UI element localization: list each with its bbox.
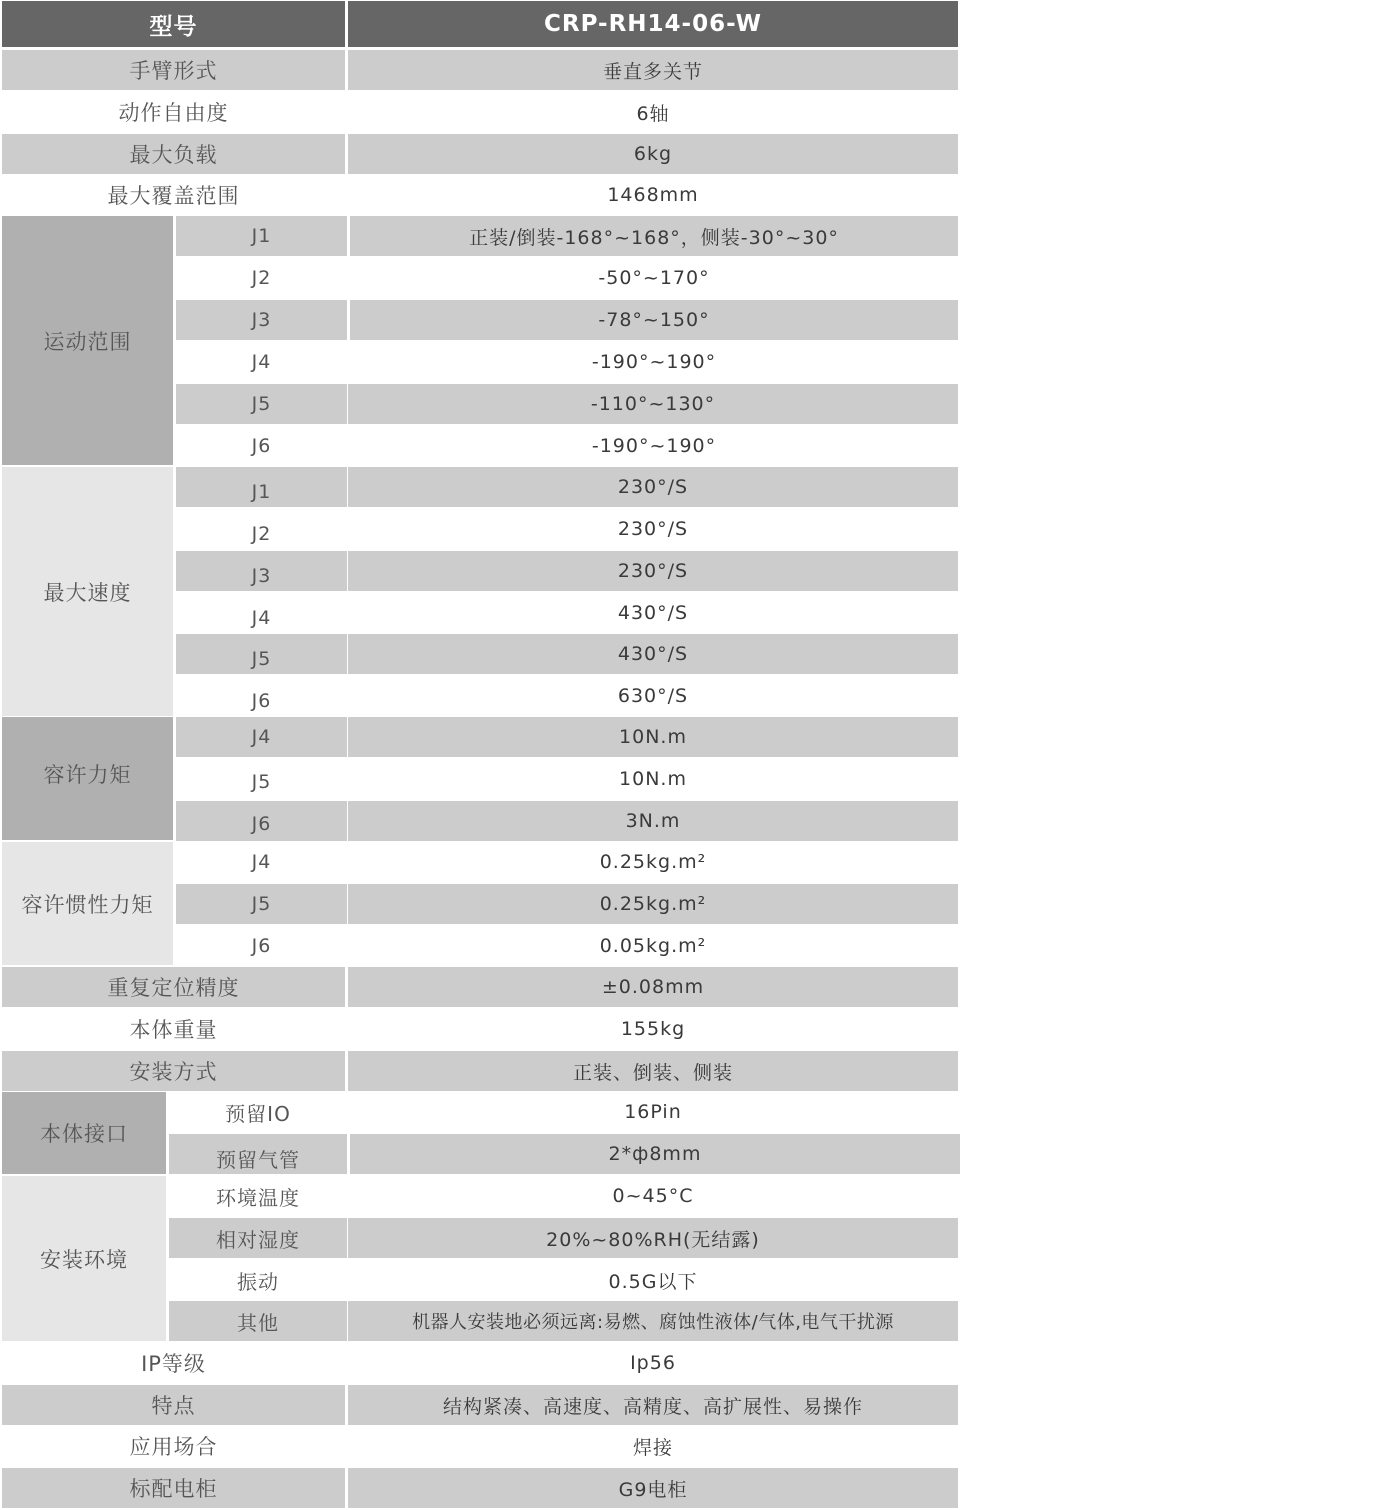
joint-value: -190°~190° [350,426,958,466]
row-value-reach: 1468mm [348,175,958,215]
env-value: 0~45°C [348,1176,958,1216]
env-name: 其他 [169,1301,347,1341]
row-value-weight: 155kg [348,1009,958,1049]
row-label-controller: 标配电柜 [2,1468,345,1508]
header-label: 型号 [2,1,345,47]
row-value-dof: 6轴 [348,92,958,132]
joint-value: 0.25kg.m² [348,842,958,882]
row-value-ip-rating: Ip56 [348,1343,958,1383]
env-value: 机器人安装地必须远离:易燃、腐蚀性液体/气体,电气干扰源 [348,1301,958,1341]
joint-value: -50°~170° [350,258,958,298]
joint-label: J5 [176,884,347,924]
interface-name: 预留IO [169,1092,347,1132]
joint-value: 正装/倒装-168°~168°，侧装-30°~30° [350,216,958,256]
row-label-application: 应用场合 [2,1426,345,1466]
joint-value: -78°~150° [350,300,958,340]
row-label-ip-rating: IP等级 [2,1343,345,1383]
joint-label: J5 [176,759,347,799]
joint-value: 0.05kg.m² [348,926,958,966]
joint-label: J5 [176,384,347,424]
group-label-install-env: 安装环境 [2,1176,166,1341]
interface-value: 16Pin [348,1092,958,1132]
row-value-arm-type: 垂直多关节 [348,50,958,90]
env-name: 环境温度 [169,1176,347,1216]
joint-value: -190°~190° [350,342,958,382]
env-value: 0.5G以下 [348,1260,958,1300]
joint-value: 10N.m [348,759,958,799]
row-value-application: 焊接 [348,1426,958,1466]
joint-label: J4 [176,342,347,382]
joint-value: 230°/S [348,509,958,549]
header-model-value: CRP-RH14-06-W [348,1,958,47]
row-label-arm-type: 手臂形式 [2,50,345,90]
env-name: 相对湿度 [169,1218,347,1258]
joint-label: J3 [176,300,347,340]
joint-value: 230°/S [348,467,958,507]
joint-value: -110°~130° [348,384,958,424]
row-label-mounting: 安装方式 [2,1051,345,1091]
interface-name: 预留气管 [169,1134,347,1174]
joint-value: 430°/S [348,634,958,674]
row-value-features: 结构紧凑、高速度、高精度、高扩展性、易操作 [348,1385,958,1425]
joint-value: 430°/S [348,593,958,633]
group-label-allowed-inertia: 容许惯性力矩 [2,842,173,965]
joint-value: 3N.m [348,801,958,841]
env-value: 20%~80%RH(无结露) [348,1218,958,1258]
joint-label: J6 [176,801,347,841]
joint-label: J4 [176,717,347,757]
interface-value: 2*ф8mm [350,1134,960,1174]
row-value-repeatability: ±0.08mm [348,967,958,1007]
joint-label: J6 [176,426,347,466]
row-value-mounting: 正装、倒装、侧装 [348,1051,958,1091]
joint-label: J4 [176,593,347,633]
joint-label: J2 [176,258,347,298]
joint-value: 230°/S [348,551,958,591]
group-label-body-interface: 本体接口 [2,1092,166,1174]
row-value-max-load: 6kg [348,134,958,174]
row-label-reach: 最大覆盖范围 [2,175,345,215]
joint-value: 630°/S [348,676,958,716]
env-name: 振动 [169,1260,347,1300]
joint-label: J6 [176,926,347,966]
joint-value: 10N.m [348,717,958,757]
row-label-features: 特点 [2,1385,345,1425]
joint-label: J1 [176,467,347,507]
joint-label: J4 [176,842,347,882]
row-label-dof: 动作自由度 [2,92,345,132]
group-label-motion-range: 运动范围 [2,216,173,465]
joint-label: J1 [176,216,347,256]
joint-value: 0.25kg.m² [348,884,958,924]
group-label-allowed-torque: 容许力矩 [2,717,173,840]
joint-label: J2 [176,509,347,549]
row-label-repeatability: 重复定位精度 [2,967,345,1007]
row-value-controller: G9电柜 [348,1468,958,1508]
group-label-max-speed: 最大速度 [2,467,173,716]
joint-label: J5 [176,634,347,674]
joint-label: J3 [176,551,347,591]
row-label-weight: 本体重量 [2,1009,345,1049]
joint-label: J6 [176,676,347,716]
row-label-max-load: 最大负载 [2,134,345,174]
